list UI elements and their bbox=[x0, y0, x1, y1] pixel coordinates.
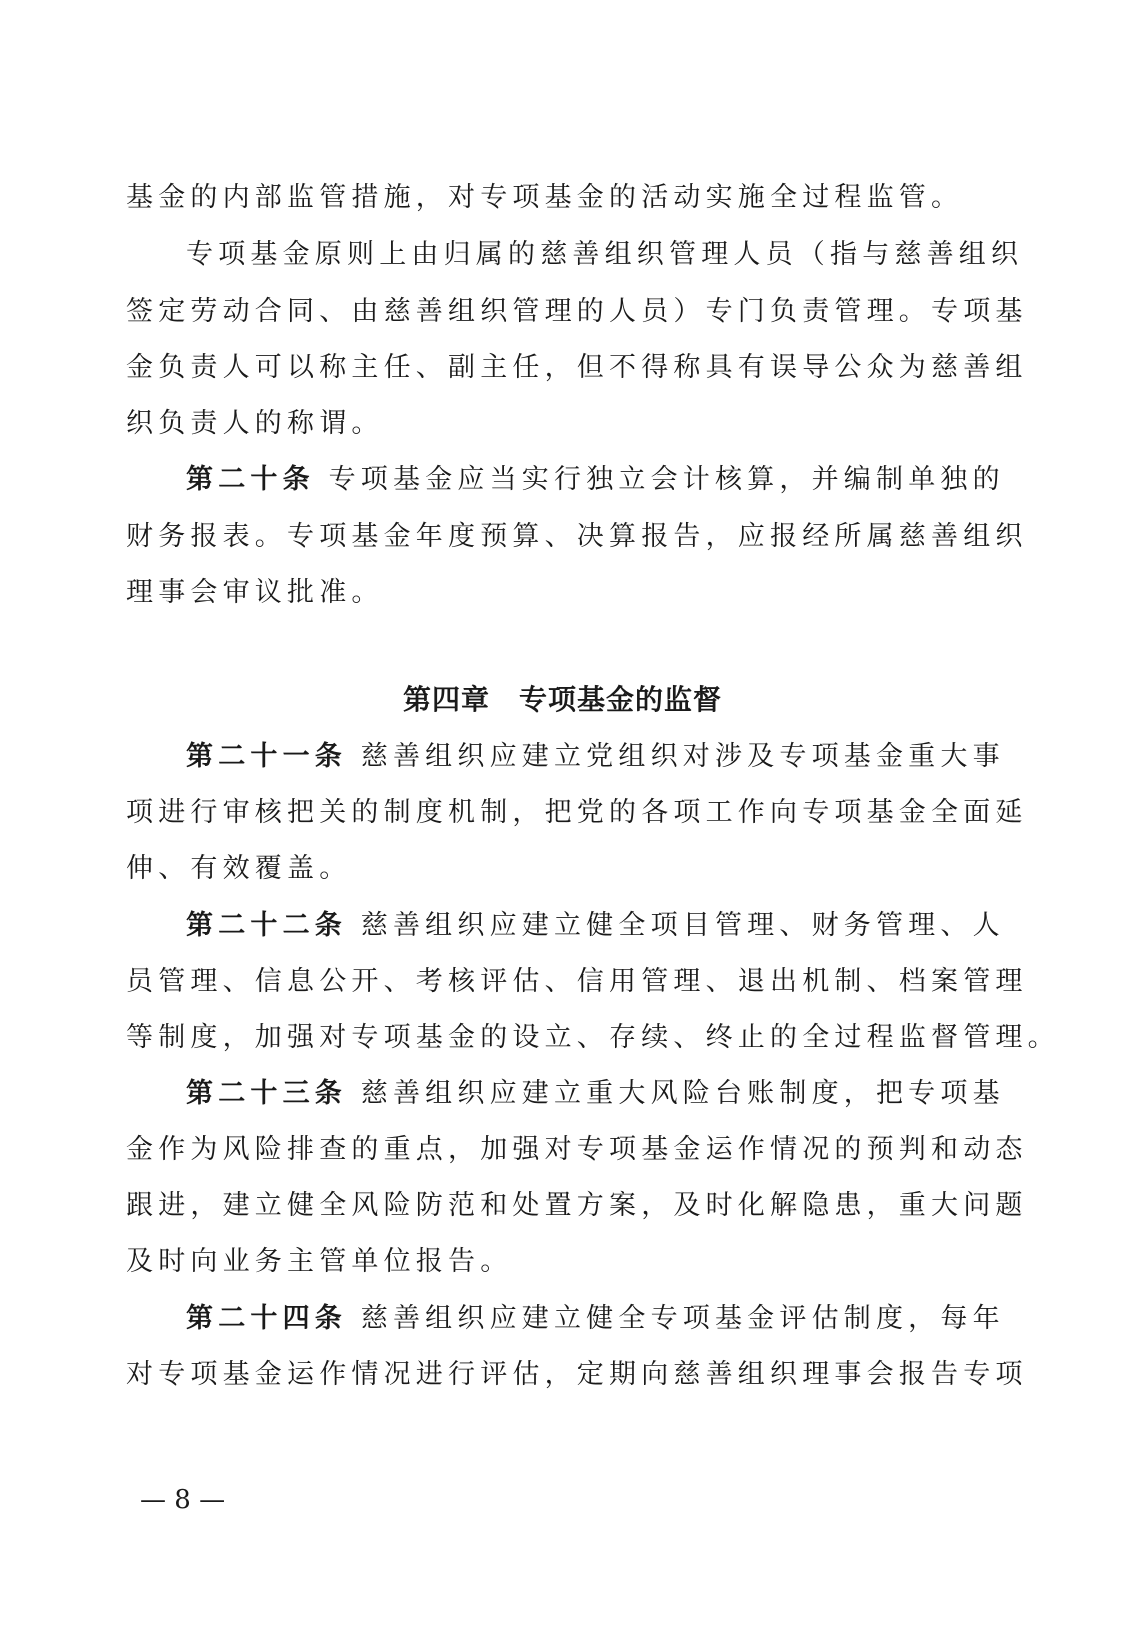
article-text: 专项基金应当实行独立会计核算，并编制单独的 bbox=[315, 464, 1005, 495]
article-title: 第二十四条 bbox=[186, 1303, 347, 1334]
article-title: 第二十二条 bbox=[186, 910, 347, 941]
article-title: 第二十三条 bbox=[186, 1078, 347, 1109]
text-line: 基金的内部监管措施，对专项基金的活动实施全过程监管。 bbox=[126, 178, 961, 218]
text-line: 项进行审核把关的制度机制，把党的各项工作向专项基金全面延 bbox=[126, 793, 961, 833]
text-line: 及时向业务主管单位报告。 bbox=[126, 1242, 961, 1282]
chapter-heading: 第四章 专项基金的监督 bbox=[0, 680, 1125, 720]
text-line: 财务报表。专项基金年度预算、决算报告，应报经所属慈善组织 bbox=[126, 517, 961, 557]
article-20: 第二十条 专项基金应当实行独立会计核算，并编制单独的 bbox=[186, 460, 961, 500]
text-line: 跟进，建立健全风险防范和处置方案，及时化解隐患，重大问题 bbox=[126, 1186, 961, 1226]
article-text: 慈善组织应建立重大风险台账制度，把专项基 bbox=[347, 1078, 1005, 1109]
page-number: — 8 — bbox=[140, 1482, 225, 1518]
article-21: 第二十一条 慈善组织应建立党组织对涉及专项基金重大事 bbox=[186, 737, 961, 777]
text-line: 伸、有效覆盖。 bbox=[126, 849, 961, 889]
article-title: 第二十条 bbox=[186, 464, 315, 495]
text-line: 对专项基金运作情况进行评估，定期向慈善组织理事会报告专项 bbox=[126, 1355, 961, 1395]
document-page: 基金的内部监管措施，对专项基金的活动实施全过程监管。 专项基金原则上由归属的慈善… bbox=[0, 0, 1125, 1642]
text-line: 织负责人的称谓。 bbox=[126, 404, 961, 444]
text-line: 金作为风险排查的重点，加强对专项基金运作情况的预判和动态 bbox=[126, 1130, 961, 1170]
text-line: 签定劳动合同、由慈善组织管理的人员）专门负责管理。专项基 bbox=[126, 292, 961, 332]
text-line: 等制度，加强对专项基金的设立、存续、终止的全过程监督管理。 bbox=[126, 1018, 961, 1058]
article-text: 慈善组织应建立健全项目管理、财务管理、人 bbox=[347, 910, 1005, 941]
article-title: 第二十一条 bbox=[186, 741, 347, 772]
article-24: 第二十四条 慈善组织应建立健全专项基金评估制度，每年 bbox=[186, 1299, 961, 1339]
article-22: 第二十二条 慈善组织应建立健全项目管理、财务管理、人 bbox=[186, 906, 961, 946]
article-text: 慈善组织应建立党组织对涉及专项基金重大事 bbox=[347, 741, 1005, 772]
text-line: 员管理、信息公开、考核评估、信用管理、退出机制、档案管理 bbox=[126, 962, 961, 1002]
text-line: 专项基金原则上由归属的慈善组织管理人员（指与慈善组织 bbox=[186, 235, 961, 275]
text-line: 理事会审议批准。 bbox=[126, 573, 961, 613]
article-23: 第二十三条 慈善组织应建立重大风险台账制度，把专项基 bbox=[186, 1074, 961, 1114]
article-text: 慈善组织应建立健全专项基金评估制度，每年 bbox=[347, 1303, 1005, 1334]
text-line: 金负责人可以称主任、副主任，但不得称具有误导公众为慈善组 bbox=[126, 348, 961, 388]
